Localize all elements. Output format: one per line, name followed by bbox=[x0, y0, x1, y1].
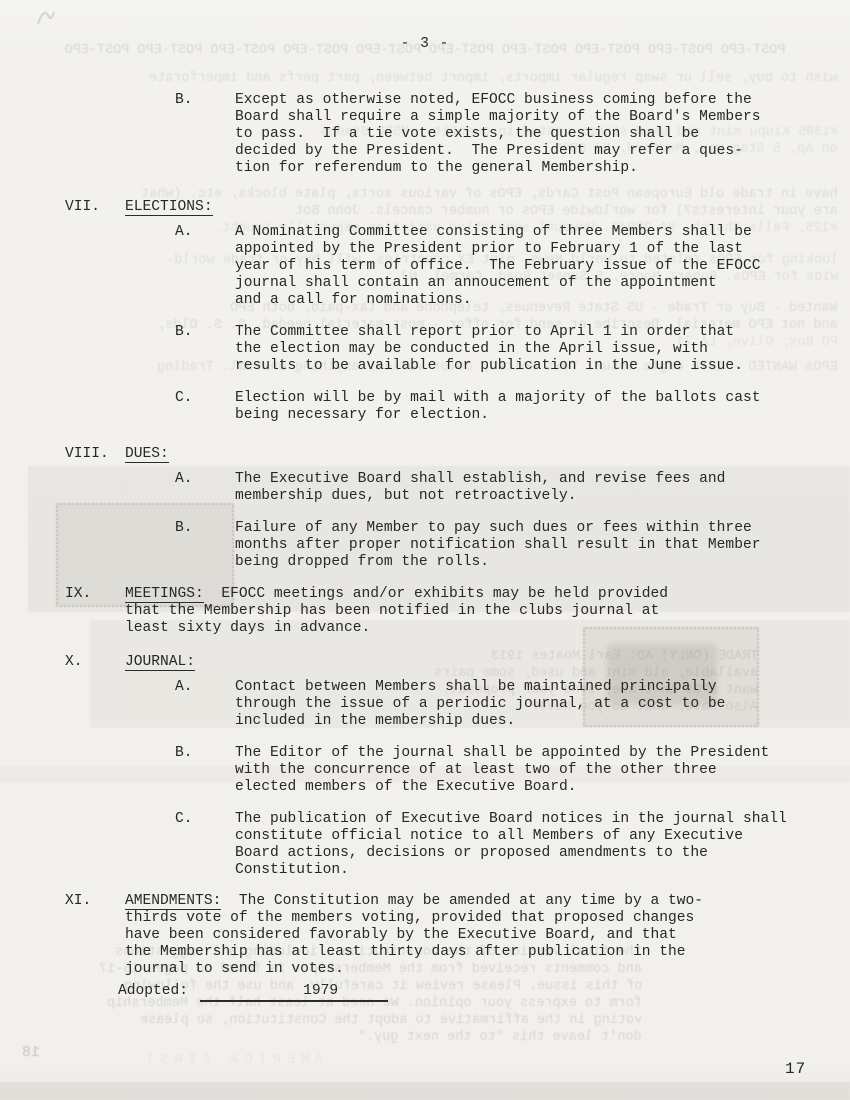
clause-letter: A. bbox=[175, 679, 235, 730]
page-header: - 3 - bbox=[65, 36, 785, 53]
section-amendments: XI. AMENDMENTS: The Constitution may be … bbox=[65, 893, 850, 978]
section-numeral: VIII. bbox=[65, 446, 125, 571]
bleedthrough-text: AMERICA FIRST bbox=[140, 1052, 323, 1069]
clause-text: Failure of any Member to pay such dues o… bbox=[235, 520, 795, 571]
clause-x-b: B. The Editor of the journal shall be ap… bbox=[175, 745, 850, 796]
section-heading: JOURNAL: bbox=[125, 654, 850, 671]
document-page: POST-EPO POST-EPO POST-EPO POST-EPO POST… bbox=[0, 0, 850, 1100]
clause-text: The Committee shall report prior to Apri… bbox=[235, 324, 795, 375]
clause-text: The Executive Board shall establish, and… bbox=[235, 471, 795, 505]
clause-letter: B. bbox=[175, 745, 235, 796]
section-paragraph: MEETINGS: EFOCC meetings and/or exhibits… bbox=[125, 586, 793, 637]
clause-vi-b: B. Except as otherwise noted, EFOCC busi… bbox=[175, 92, 850, 177]
adopted-row: Adopted:1979 bbox=[118, 983, 388, 1002]
section-paragraph: AMENDMENTS: The Constitution may be amen… bbox=[125, 893, 793, 978]
section-dues: VIII. DUES: A. The Executive Board shall… bbox=[65, 446, 850, 571]
clause-text: Except as otherwise noted, EFOCC busines… bbox=[235, 92, 795, 177]
clause-text: The Editor of the journal shall be appoi… bbox=[235, 745, 795, 796]
bleedthrough-band bbox=[0, 1082, 850, 1100]
clause-text: A Nominating Committee consisting of thr… bbox=[235, 224, 795, 309]
adopted-label: Adopted: bbox=[118, 983, 188, 999]
clause-x-c: C. The publication of Executive Board no… bbox=[175, 811, 850, 879]
document-content: - 3 - B. Except as otherwise noted, EFOC… bbox=[0, 0, 850, 978]
section-numeral: XI. bbox=[65, 893, 125, 978]
section-journal: X. JOURNAL: A. Contact between Members s… bbox=[65, 654, 850, 879]
clause-vii-c: C. Election will be by mail with a major… bbox=[175, 390, 850, 424]
clause-letter: C. bbox=[175, 390, 235, 424]
clause-text: Contact between Members shall be maintai… bbox=[235, 679, 795, 730]
clause-letter: A. bbox=[175, 224, 235, 309]
section-elections: VII. ELECTIONS: A. A Nominating Committe… bbox=[65, 199, 850, 424]
adopted-year-field: 1979 bbox=[200, 983, 388, 1002]
clause-text: Election will be by mail with a majority… bbox=[235, 390, 795, 424]
bleedthrough-page-number: 18 bbox=[22, 1044, 40, 1061]
section-numeral: VII. bbox=[65, 199, 125, 424]
section-meetings: IX. MEETINGS: EFOCC meetings and/or exhi… bbox=[65, 586, 850, 637]
clause-letter: B. bbox=[175, 324, 235, 375]
clause-letter: B. bbox=[175, 92, 235, 177]
bleedthrough-text: don't leave this "to the next guy." bbox=[358, 1029, 642, 1046]
section-numeral: IX. bbox=[65, 586, 125, 637]
bleedthrough-text: voting in the affirmative to adopt the C… bbox=[140, 1012, 642, 1029]
clause-letter: B. bbox=[175, 520, 235, 571]
clause-x-a: A. Contact between Members shall be main… bbox=[175, 679, 850, 730]
clause-vii-a: A. A Nominating Committee consisting of … bbox=[175, 224, 850, 309]
section-heading: DUES: bbox=[125, 446, 850, 463]
section-heading: ELECTIONS: bbox=[125, 199, 850, 216]
clause-viii-b: B. Failure of any Member to pay such due… bbox=[175, 520, 850, 571]
section-numeral: X. bbox=[65, 654, 125, 879]
page-number: 17 bbox=[785, 1060, 806, 1078]
clause-text: The publication of Executive Board notic… bbox=[235, 811, 795, 879]
clause-vii-b: B. The Committee shall report prior to A… bbox=[175, 324, 850, 375]
clause-letter: C. bbox=[175, 811, 235, 879]
clause-letter: A. bbox=[175, 471, 235, 505]
clause-viii-a: A. The Executive Board shall establish, … bbox=[175, 471, 850, 505]
